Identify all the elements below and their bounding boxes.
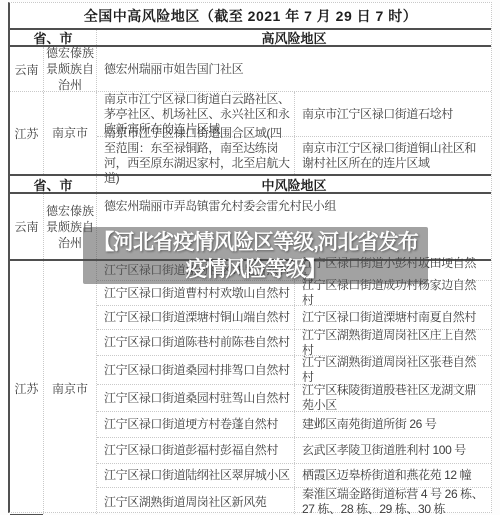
risk-area-cell: 栖霞区迈皋桥街道和燕花苑 12 幢 (295, 464, 491, 487)
risk-area-cell: 江宁区禄口街道桑园村排驾口自然村 (97, 356, 295, 384)
medium-risk-jiangsu-block: 江苏 南京市 江宁区禄口街道谢村社区许呈自然村 江宁区禄口街道小彭村坂田埂自然村… (10, 261, 491, 515)
province-city-header: 省、市 (10, 30, 97, 45)
risk-area-cell: 江宁区湖熟街道周岗社区庄上自然村 (295, 330, 491, 355)
risk-area-cell: 江宁区湖熟街道周岗社区张巷自然村 (295, 356, 491, 384)
risk-area-cell: 江宁区禄口街道彭福村彭福自然村 (97, 438, 295, 463)
risk-area-cell: 江宁区禄口街道溧塘村铜山端自然村 (97, 306, 295, 329)
risk-area-cell: 江宁区禄口街道桑园村驻驾山自然村 (97, 385, 295, 411)
risk-area-cell: 南京市江宁区禄口街道铜山社区和谢村社区所在的连片区域 (295, 137, 491, 174)
table-row: 江宁区禄口街道陆纲社区翠屏城小区 栖霞区迈皋桥街道和燕花苑 12 幢 (97, 464, 491, 488)
risk-area-cell: 南京市江宁区禄口街道围合区域(四至范围：东至禄铜路，南至达练岗河，西至原东湖迟家… (97, 137, 295, 174)
province-cell: 江苏 (10, 261, 44, 515)
risk-area-cell: 江宁区禄口街道成功村杨家边自然村 (295, 281, 491, 305)
risk-area-cell: 秦淮区瑞金路街道标营 4 号 26 栋、27 栋、28 栋、29 栋、30 栋 (295, 488, 491, 515)
risk-area-cell: 江宁区秣陵街道殷巷社区龙湖文鼎苑小区 (295, 385, 491, 411)
table-row: 江宁区禄口街道彭福村彭福自然村 玄武区孝陵卫街道胜利村 100 号 (97, 438, 491, 464)
province-city-header: 省、市 (10, 176, 97, 192)
table-row: 江宁区禄口街道陈巷村前陈巷自然村 江宁区湖熟街道周岗社区庄上自然村 (97, 330, 491, 356)
watermark-line2: 疫情风险等级】 (186, 256, 326, 283)
watermark-overlay: 【河北省疫情风险区等级,河北省发布 疫情风险等级】 (83, 227, 428, 284)
risk-area-cell: 江宁区禄口街道陈巷村前陈巷自然村 (97, 330, 295, 355)
table-title: 全国中高风险地区（截至 2021 年 7 月 29 日 7 时） (10, 3, 491, 30)
table-row: 江宁区禄口街道埂方村卷蓬自然村 建邺区南苑街道所街 26 号 (97, 412, 491, 438)
table-row: 江宁区禄口街道曹村村欢墩山自然村 江宁区禄口街道成功村杨家边自然村 (97, 281, 491, 306)
medium-risk-header-row: 省、市 中风险地区 (10, 174, 491, 194)
high-risk-jiangsu-block: 江苏 南京市 南京市江宁区禄口街道白云路社区、茅亭社区、机场社区、永兴社区和永欣… (10, 92, 491, 174)
high-risk-column-header: 高风险地区 (97, 30, 491, 45)
risk-area-cell: 江宁区禄口街道溧塘村南夏自然村 (295, 306, 491, 329)
table-row: 江宁区禄口街道溧塘村铜山端自然村 江宁区禄口街道溧塘村南夏自然村 (97, 306, 491, 330)
risk-area-cell: 江宁区禄口街道埂方村卷蓬自然村 (97, 412, 295, 437)
city-cell: 南京市 (44, 261, 97, 515)
risk-area-cell: 江宁区湖熟街道周岗社区新风苑 (97, 488, 295, 515)
table-row: 江宁区禄口街道桑园村驻驾山自然村 江宁区秣陵街道殷巷社区龙湖文鼎苑小区 (97, 385, 491, 412)
risk-area-cell: 南京市江宁区禄口街道石埝村 (295, 92, 491, 136)
risk-area-cell: 玄武区孝陵卫街道胜利村 100 号 (295, 438, 491, 463)
risk-area-cell: 江宁区禄口街道陆纲社区翠屏城小区 (97, 464, 295, 487)
medium-risk-column-header: 中风险地区 (97, 176, 491, 192)
medium-risk-area-list: 江宁区禄口街道谢村社区许呈自然村 江宁区禄口街道小彭村坂田埂自然村 江宁区禄口街… (97, 261, 491, 515)
table-row: 江宁区禄口街道桑园村排驾口自然村 江宁区湖熟街道周岗社区张巷自然村 (97, 356, 491, 385)
city-cell: 德宏傣族景颇族自治州 (44, 47, 97, 91)
risk-area-cell: 德宏州瑞丽市姐告国门社区 (97, 47, 491, 91)
table-row: 南京市江宁区禄口街道围合区域(四至范围：东至禄铜路，南至达练岗河，西至原东湖迟家… (97, 137, 491, 174)
city-cell: 南京市 (44, 92, 97, 174)
high-risk-yunnan-block: 云南 德宏傣族景颇族自治州 德宏州瑞丽市姐告国门社区 (10, 47, 491, 92)
high-risk-area-list: 南京市江宁区禄口街道白云路社区、茅亭社区、机场社区、永兴社区和永欣新寓所在的连片… (97, 92, 491, 174)
province-cell: 江苏 (10, 92, 44, 174)
watermark-line1: 【河北省疫情风险区等级,河北省发布 (93, 229, 418, 256)
risk-area-cell: 江宁区禄口街道曹村村欢墩山自然村 (97, 281, 295, 305)
table-row: 江宁区湖熟街道周岗社区新风苑 秦淮区瑞金路街道标营 4 号 26 栋、27 栋、… (97, 488, 491, 515)
province-cell: 云南 (10, 47, 44, 91)
risk-area-cell: 建邺区南苑街道所街 26 号 (295, 412, 491, 437)
province-cell: 云南 (10, 194, 44, 259)
